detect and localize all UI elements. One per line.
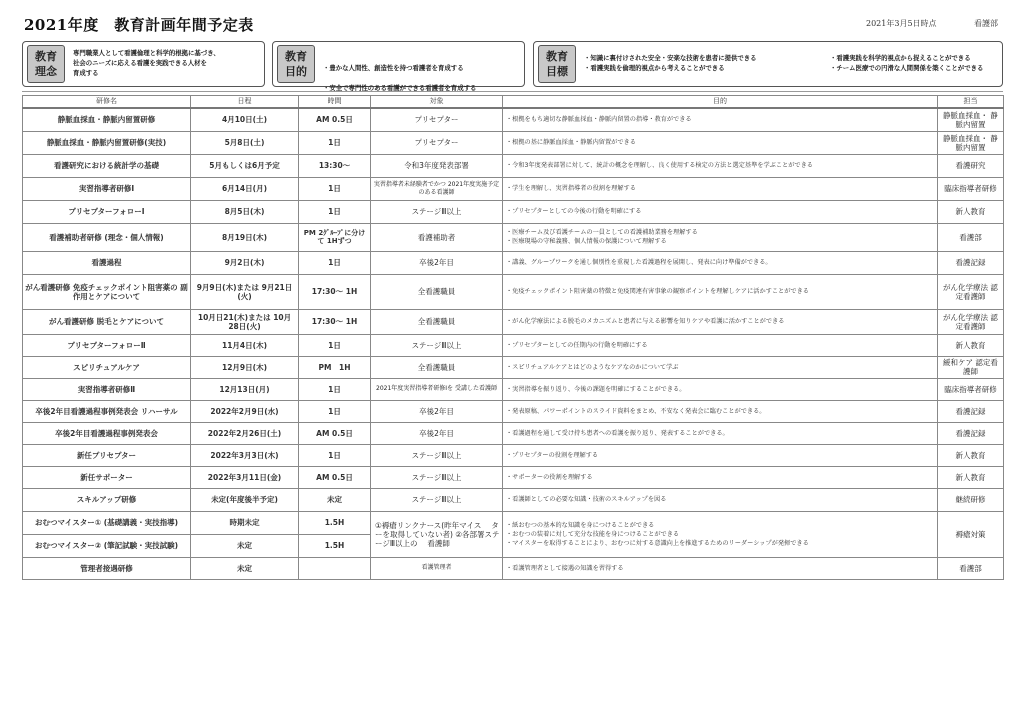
cell-purpose: ・実習指導を振り返り、今後の課題を明確にすることができる。 [503,378,938,400]
cell-owner: 看護部 [938,557,1004,579]
cell-purpose: ・根拠の基に静脈血採血・静脈内留置ができる [503,131,938,154]
cell-name: 卒後2年目看護過程事例発表会 リハーサル [23,400,191,422]
cell-name: おむつマイスター① (基礎講義・実技指導) [23,511,191,534]
cell-purpose: ・講義、グループワークを通し個別性を重視した看護過程を展開し、発表に向け準備がで… [503,251,938,274]
cell-target: 卒後2年目 [371,400,503,422]
column-header-date: 日程 [191,96,299,109]
schedule-table: 研修名 日程 時間 対象 目的 担当 静脈血採血・静脈内留置研修 4月10日(土… [22,95,1004,580]
purpose-box: 教育 目的 ・豊かな人間性、創造性を持つ看護者を育成する ・安全で専門性のある看… [272,41,525,87]
cell-time: 未定 [299,488,371,511]
cell-date: 5月8日(土) [191,131,299,154]
cell-owner: 看護記録 [938,422,1004,444]
cell-purpose: ・発表原稿、パワーポイントのスライド資料をまとめ、不安なく発表会に臨むことができ… [503,400,938,422]
cell-target: ステージⅢ以上 [371,200,503,223]
cell-name: 実習指導者研修Ⅱ [23,378,191,400]
cell-time: 17:30～ 1H [299,274,371,309]
cell-time: 1.5H [299,511,371,534]
table-row: がん看護研修 免疫チェックポイント阻害薬の 副作用とケアについて 9月9日(木)… [23,274,1004,309]
cell-date: 未定 [191,557,299,579]
cell-name: 看護研究における統計学の基礎 [23,154,191,177]
cell-time: PM 1H [299,356,371,378]
cell-date: 2022年3月11日(金) [191,466,299,488]
cell-target: ステージⅢ以上 [371,334,503,356]
goal-item: ・看護実践を倫理的視点から考えることができる [584,63,757,73]
cell-purpose: ・看護師としての必要な知識・技術のスキルアップを図る [503,488,938,511]
cell-time: 1.5H [299,534,371,557]
cell-time: 1日 [299,251,371,274]
cell-target: プリセプター [371,131,503,154]
cell-owner: 静脈血採血・ 静脈内留置 [938,108,1004,131]
table-row: 静脈血採血・静脈内留置研修(実技) 5月8日(土) 1日 プリセプター ・根拠の… [23,131,1004,154]
cell-date: 5月もしくは6月予定 [191,154,299,177]
cell-date: 10月日21(木)または 10月28日(火) [191,309,299,334]
cell-target: ステージⅢ以上 [371,488,503,511]
cell-name: がん看護研修 免疫チェックポイント阻害薬の 副作用とケアについて [23,274,191,309]
cell-name: 卒後2年目看護過程事例発表会 [23,422,191,444]
cell-time: 13:30～ [299,154,371,177]
cell-name: おむつマイスター② (筆記試験・実技試験) [23,534,191,557]
cell-date: 未定(年度後半予定) [191,488,299,511]
goals-column-1: ・知識に裏付けされた安全・安楽な技術を患者に提供できる ・看護実践を倫理的視点か… [584,53,757,73]
cell-purpose: ・プリセプターの役割を理解する [503,444,938,466]
cell-target: 看護補助者 [371,223,503,251]
cell-time: 1日 [299,177,371,200]
table-row: 看護過程 9月2日(木) 1日 卒後2年目 ・講義、グループワークを通し個別性を… [23,251,1004,274]
cell-name: 看護過程 [23,251,191,274]
cell-owner: 新人教育 [938,466,1004,488]
cell-date: 未定 [191,534,299,557]
goal-item: ・看護実践を科学的視点から捉えることができる [830,53,983,63]
philosophy-text: 専門職業人として看護倫理と科学的根拠に基づき、 社会のニーズに応える看護を実践で… [73,48,220,78]
cell-target: 卒後2年目 [371,251,503,274]
cell-owner: 臨床指導者研修 [938,378,1004,400]
cell-time: 1日 [299,400,371,422]
cell-date: 4月10日(土) [191,108,299,131]
cell-owner: 静脈血採血・ 静脈内留置 [938,131,1004,154]
cell-purpose: ・プリセプターとしての今後の行動を明確にする [503,200,938,223]
cell-purpose: ・プリセプターとしての任期内の行動を明確にする [503,334,938,356]
department-label: 看護部 [974,18,998,29]
goal-item: ・チーム医療での円滑な人間関係を築くことができる [830,63,983,73]
table-row: 実習指導者研修Ⅱ 12月13日(月) 1日 2021年度実習指導者研修Ⅰを 受講… [23,378,1004,400]
cell-time: PM 2ｸﾞﾙｰﾌﾟに分けて 1Hずつ [299,223,371,251]
cell-date: 11月4日(木) [191,334,299,356]
cell-name: スキルアップ研修 [23,488,191,511]
column-header-name: 研修名 [23,96,191,109]
table-header-row: 研修名 日程 時間 対象 目的 担当 [23,96,1004,109]
cell-target: 令和3年度発表部署 [371,154,503,177]
cell-date: 9月9日(木)または 9月21日(火) [191,274,299,309]
cell-name: 新任サポーター [23,466,191,488]
page-title: 2021年度 教育計画年間予定表 [24,14,254,35]
cell-date: 2022年2月9日(水) [191,400,299,422]
cell-owner: 看護記録 [938,251,1004,274]
table-row: おむつマイスター① (基礎講義・実技指導) 時期未定 1.5H ①褥瘡リンクナー… [23,511,1004,534]
cell-target: 全看護職員 [371,274,503,309]
cell-time: AM 0.5日 [299,422,371,444]
cell-owner: 看護部 [938,223,1004,251]
table-row: 新任プリセプター 2022年3月3日(木) 1日 ステージⅢ以上 ・プリセプター… [23,444,1004,466]
cell-date: 2022年2月26日(土) [191,422,299,444]
column-header-time: 時間 [299,96,371,109]
table-row: 管理者接遇研修 未定 看護管理者 ・看護管理者として接遇の知識を習得する 看護部 [23,557,1004,579]
table-row: 卒後2年目看護過程事例発表会 リハーサル 2022年2月9日(水) 1日 卒後2… [23,400,1004,422]
cell-owner: 緩和ケア 認定看護師 [938,356,1004,378]
cell-owner: 臨床指導者研修 [938,177,1004,200]
purpose-item: ・豊かな人間性、創造性を持つ看護者を育成する [323,63,476,73]
cell-purpose: ・紙おむつの基本的な知識を身につけることができる ・おむつの装着に対して充分な技… [503,511,938,557]
table-row: 卒後2年目看護過程事例発表会 2022年2月26日(土) AM 0.5日 卒後2… [23,422,1004,444]
cell-name: 新任プリセプター [23,444,191,466]
cell-date: 2022年3月3日(木) [191,444,299,466]
cell-owner: 継続研修 [938,488,1004,511]
cell-time [299,557,371,579]
cell-purpose: ・スピリチュアルケアとはどのようなケアなのかについて学ぶ [503,356,938,378]
goal-item: ・知識に裏付けされた安全・安楽な技術を患者に提供できる [584,53,757,63]
table-row: スピリチュアルケア 12月9日(木) PM 1H 全看護職員 ・スピリチュアルケ… [23,356,1004,378]
cell-time: 1日 [299,378,371,400]
table-row: プリセプターフォローⅠ 8月5日(木) 1日 ステージⅢ以上 ・プリセプターとし… [23,200,1004,223]
purpose-tag: 教育 目的 [277,45,315,83]
cell-time: AM 0.5日 [299,466,371,488]
table-row: 看護研究における統計学の基礎 5月もしくは6月予定 13:30～ 令和3年度発表… [23,154,1004,177]
cell-name: スピリチュアルケア [23,356,191,378]
goals-box: 教育 目標 ・知識に裏付けされた安全・安楽な技術を患者に提供できる ・看護実践を… [533,41,1003,87]
cell-time: AM 0.5日 [299,108,371,131]
cell-owner: 新人教育 [938,444,1004,466]
cell-time: 1日 [299,334,371,356]
cell-target: 実習指導者未経験者でかつ 2021年度実施予定のある看護師 [371,177,503,200]
table-row: スキルアップ研修 未定(年度後半予定) 未定 ステージⅢ以上 ・看護師としての必… [23,488,1004,511]
cell-purpose: ・看護管理者として接遇の知識を習得する [503,557,938,579]
goals-column-2: ・看護実践を科学的視点から捉えることができる ・チーム医療での円滑な人間関係を築… [830,53,983,73]
cell-target: ステージⅢ以上 [371,444,503,466]
cell-date: 6月14日(月) [191,177,299,200]
table-row: プリセプターフォローⅡ 11月4日(木) 1日 ステージⅢ以上 ・プリセプターと… [23,334,1004,356]
goals-tag: 教育 目標 [538,45,576,83]
cell-name: 静脈血採血・静脈内留置研修 [23,108,191,131]
cell-name: プリセプターフォローⅡ [23,334,191,356]
cell-owner: 看護研究 [938,154,1004,177]
cell-date: 12月9日(木) [191,356,299,378]
cell-purpose: ・免疫チェックポイント阻害薬の特徴と免疫関連有害事象の観察ポイントを理解しケアに… [503,274,938,309]
cell-time: 1日 [299,200,371,223]
cell-date: 8月19日(木) [191,223,299,251]
cell-purpose: ・根拠をもち適切な静脈血採血・静脈内留置の指導・教育ができる [503,108,938,131]
table-row: 実習指導者研修Ⅰ 6月14日(月) 1日 実習指導者未経験者でかつ 2021年度… [23,177,1004,200]
cell-date: 9月2日(木) [191,251,299,274]
cell-owner: がん化学療法 認定看護師 [938,309,1004,334]
cell-purpose: ・サポーターの役割を理解する [503,466,938,488]
cell-date: 8月5日(木) [191,200,299,223]
cell-owner: 看護記録 [938,400,1004,422]
cell-target: 看護管理者 [371,557,503,579]
cell-name: プリセプターフォローⅠ [23,200,191,223]
cell-name: 実習指導者研修Ⅰ [23,177,191,200]
cell-owner: 新人教育 [938,334,1004,356]
table-row: 新任サポーター 2022年3月11日(金) AM 0.5日 ステージⅢ以上 ・サ… [23,466,1004,488]
cell-owner: がん化学療法 認定看護師 [938,274,1004,309]
cell-target: プリセプター [371,108,503,131]
column-header-purpose: 目的 [503,96,938,109]
cell-purpose: ・令和3年度発表部署に対して、統計の概念を理解し、良く使用する検定の方法と選定基… [503,154,938,177]
cell-target: 全看護職員 [371,356,503,378]
cell-target: 2021年度実習指導者研修Ⅰを 受講した看護師 [371,378,503,400]
cell-purpose: ・医療チーム及び看護チームの一員としての看護補助業務を理解する ・医療現場の守秘… [503,223,938,251]
cell-target: 全看護職員 [371,309,503,334]
table-row: 看護補助者研修 (理念・個人情報) 8月19日(木) PM 2ｸﾞﾙｰﾌﾟに分け… [23,223,1004,251]
table-row: 静脈血採血・静脈内留置研修 4月10日(土) AM 0.5日 プリセプター ・根… [23,108,1004,131]
philosophy-box: 教育 理念 専門職業人として看護倫理と科学的根拠に基づき、 社会のニーズに応える… [22,41,265,87]
cell-name: 静脈血採血・静脈内留置研修(実技) [23,131,191,154]
table-row: がん看護研修 脱毛とケアについて 10月日21(木)または 10月28日(火) … [23,309,1004,334]
cell-target: ステージⅢ以上 [371,466,503,488]
philosophy-tag: 教育 理念 [27,45,65,83]
cell-purpose: ・看護過程を通して受け持ち患者への看護を振り返り、発表することができる。 [503,422,938,444]
cell-time: 1日 [299,131,371,154]
cell-name: 看護補助者研修 (理念・個人情報) [23,223,191,251]
as-of-date: 2021年3月5日時点 [866,18,937,29]
cell-date: 12月13日(月) [191,378,299,400]
cell-purpose: ・学生を理解し、実習指導者の役割を理解する [503,177,938,200]
cell-purpose: ・がん化学療法による脱毛のメカニズムと患者に与える影響を知りケアや看護に活かすこ… [503,309,938,334]
cell-owner: 褥瘡対策 [938,511,1004,557]
column-header-target: 対象 [371,96,503,109]
cell-date: 時期未定 [191,511,299,534]
cell-name: 管理者接遇研修 [23,557,191,579]
cell-target: ①褥瘡リンクナース(昨年マイス ターを取得していない者) ②各部署ステージⅢ以上… [371,511,503,557]
cell-time: 17:30～ 1H [299,309,371,334]
column-header-owner: 担当 [938,96,1004,109]
cell-time: 1日 [299,444,371,466]
cell-owner: 新人教育 [938,200,1004,223]
cell-name: がん看護研修 脱毛とケアについて [23,309,191,334]
cell-target: 卒後2年目 [371,422,503,444]
divider [22,91,1003,92]
